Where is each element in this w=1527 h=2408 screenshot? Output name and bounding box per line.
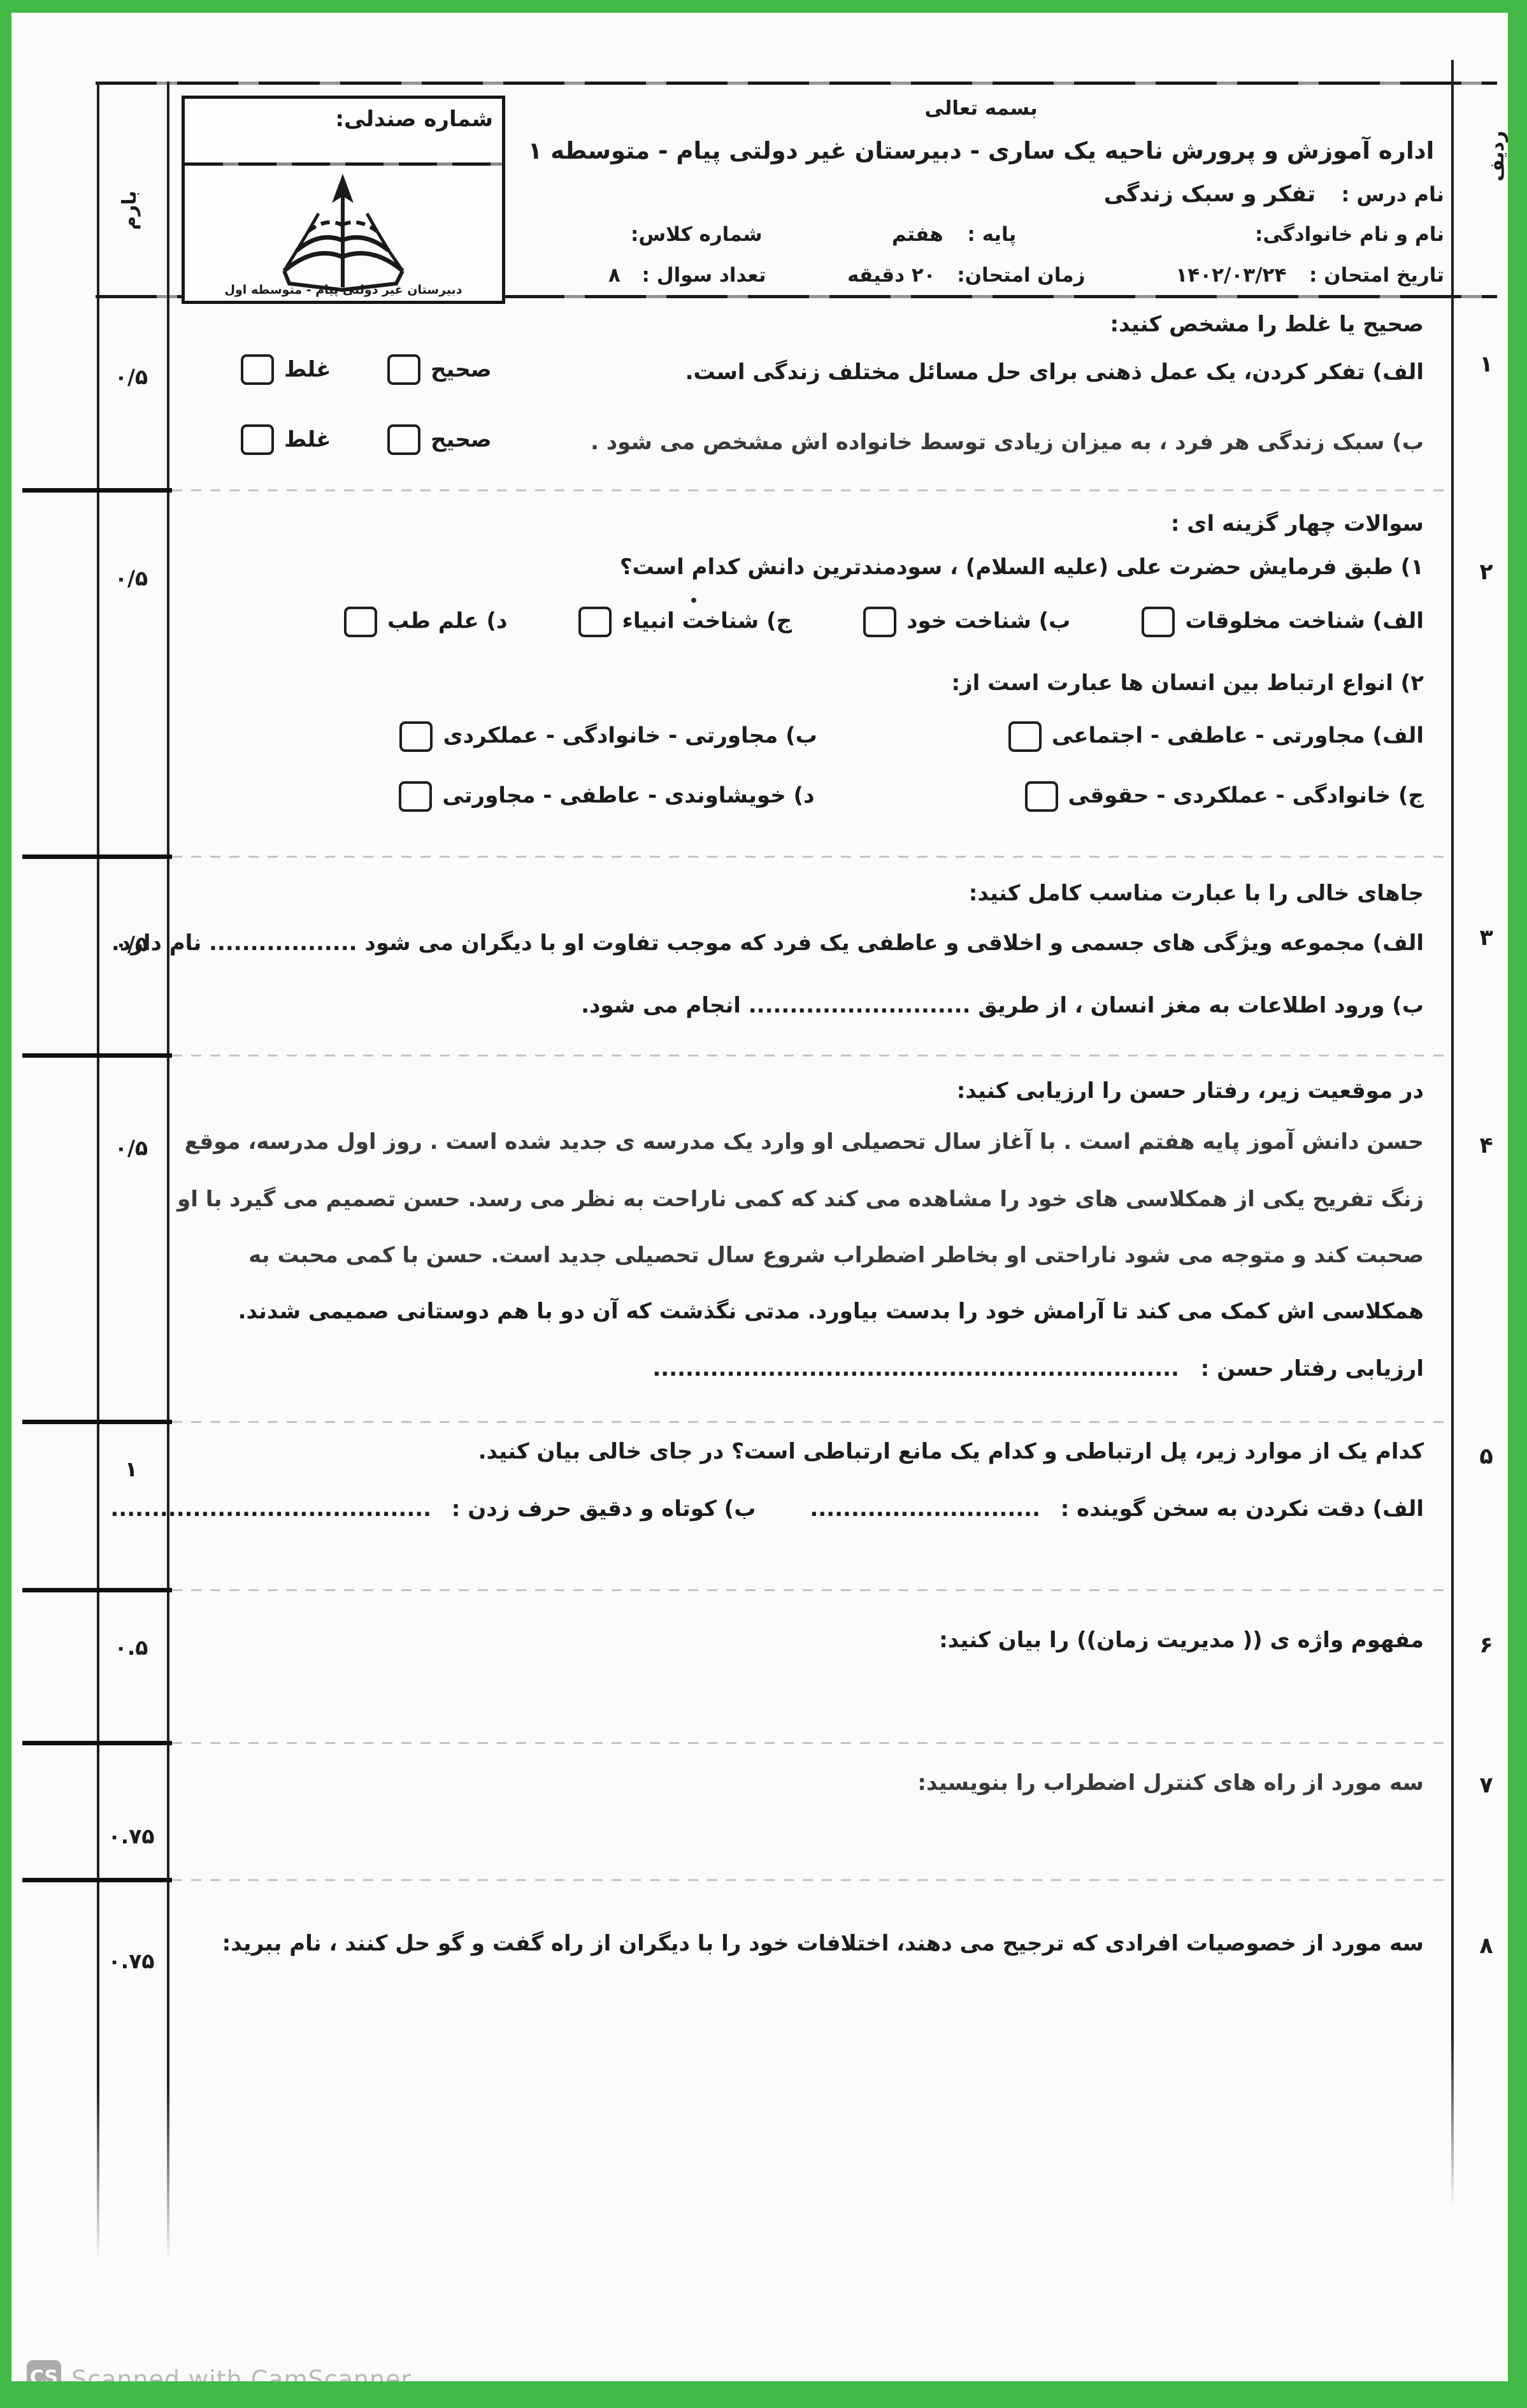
q2-s2-option-d: د) خویشاوندی - عاطفی - مجاورتی [399,781,814,812]
row-divider [172,1879,1452,1881]
course-value: تفکر و سبک زندگی [1104,182,1316,207]
besmellah: بسمه تعالی [510,96,1452,122]
q2-s1-option-a: الف) شناخت مخلوقات [1142,607,1424,637]
q2-s1-d-checkbox[interactable] [344,607,377,637]
course-row: نام درس : تفکر و سبک زندگی [1104,180,1444,210]
q5-heading: کدام یک از موارد زیر، پل ارتباطی و کدام … [478,1438,1424,1467]
q4-paragraph-line1: حسن دانش آموز پایه هفتم است . با آغاز سا… [185,1128,1424,1157]
scan-edge-top [0,0,1527,13]
row-divider [172,1055,1452,1056]
q1-b-false-checkbox[interactable] [241,424,274,455]
false-label: غلط [284,427,331,452]
q2-s2-d-checkbox[interactable] [399,781,432,812]
table-left-border [97,82,99,2261]
q4-score: ۰/۵ [96,1136,167,1160]
row-divider-segment [22,1741,172,1745]
false-label: غلط [284,357,331,382]
q3-heading: جاهای خالی را با عبارت مناسب کامل کنید: [969,879,1424,909]
class-number-label: شماره کلاس: [631,222,763,249]
q2-s1-option-c: ج) شناخت انبیاء [578,607,792,637]
q5-blanks-row: الف) دقت نکردن به سخن گوینده : .........… [110,1496,1424,1522]
q1-b-false-option: غلط [241,424,331,455]
q1-item-b: ب) سبک زندگی هر فرد ، به میزان زیادی توس… [591,428,1424,458]
row-divider-segment [22,854,172,859]
q4-paragraph-line4: همکلاسی اش کمک می کند تا آرامش خود را بد… [238,1297,1424,1327]
q2-sub1: ۱) طبق فرمایش حضرت علی (علیه السلام) ، س… [620,553,1424,582]
q2-s2-c-checkbox[interactable] [1025,781,1058,812]
row-divider [172,489,1452,491]
q2-s1-c-checkbox[interactable] [578,607,612,637]
q1-score: ۰/۵ [96,364,167,389]
student-name-label: نام و نام خانوادگی: [1255,222,1444,249]
q4-eval-line: ارزیابی رفتار حسن : ....................… [652,1355,1424,1384]
grade-field: پایه : هفتم [892,222,1016,249]
score-column-line [167,82,169,2261]
ink-dot [691,598,696,603]
q5-item-a: الف) دقت نکردن به سخن گوینده : .........… [810,1496,1424,1522]
course-label: نام درس : [1341,182,1444,206]
q7-heading: سه مورد از راه های کنترل اضطراب را بنویس… [917,1769,1424,1798]
row-divider-segment [22,488,172,493]
q6-score: ۰.۵ [96,1635,167,1660]
q5-item-b: ب) کوتاه و دقیق حرف زدن : ..............… [110,1496,756,1522]
question-count-label: تعداد سوال : [642,264,766,287]
q5-number: ۵ [1458,1444,1515,1469]
q2-s2-a-checkbox[interactable] [1008,721,1042,752]
exam-duration-field: زمان امتحان: ۲۰ دقیقه [847,263,1085,289]
q1-b-true-option: صحیح [387,424,492,455]
q4-heading: در موقعیت زیر، رفتار حسن را ارزیابی کنید… [957,1077,1424,1106]
seat-box-divider [185,162,502,166]
q3-item-a: الف) مجموعه ویژگی های جسمی و اخلاقی و عا… [111,929,1424,958]
row-divider [172,1742,1452,1744]
row-column-line [1451,60,1454,2207]
logo-caption: دبیرستان غیر دولتی پیام - متوسطه اول [185,283,502,297]
q7-score: ۰.۷۵ [96,1824,167,1849]
q1-item-a: الف) تفکر کردن، یک عمل ذهنی برای حل مسائ… [685,358,1424,387]
q1-b-true-checkbox[interactable] [387,424,420,455]
q5-a-blank: ............................ [810,1496,1040,1522]
row-divider [172,856,1452,858]
q2-sub2-options-row1: الف) مجاورتی - عاطفی - اجتماعی ب) مجاورت… [399,721,1424,752]
q6-heading: مفهوم واژه ی (( مدیریت زمان)) را بیان کن… [939,1626,1424,1655]
q4-paragraph-line2: زنگ تفریح یکی از همکلاسی های خود را مشاه… [177,1185,1424,1215]
seat-number-box: شماره صندلی: دبیرستان غیر دولتی پیام - م… [182,96,505,304]
org-line: اداره آموزش و پرورش ناحیه یک ساری - دبیر… [510,135,1452,167]
q2-number: ۲ [1458,559,1515,585]
row-divider-segment [22,1878,172,1882]
row-divider-segment [22,1588,172,1592]
q1-a-false-option: غلط [241,354,331,385]
exam-duration-label: زمان امتحان: [957,264,1085,287]
q1-a-false-checkbox[interactable] [241,354,274,385]
q1-a-true-option: صحیح [387,354,492,385]
q2-s1-b-checkbox[interactable] [863,607,896,637]
q1-heading: صحیح یا غلط را مشخص کنید: [1110,310,1424,340]
q8-number: ۸ [1458,1933,1515,1959]
grade-label: پایه : [967,223,1016,246]
scan-edge-bottom [0,2381,1527,2408]
score-column-label: بارم [110,178,148,242]
q7-number: ۷ [1458,1773,1515,1798]
exam-date-field: تاریخ امتحان : ۱۴۰۲/۰۳/۲۴ [1175,263,1444,289]
q6-number: ۶ [1458,1633,1515,1658]
q3-number: ۳ [1458,925,1515,951]
exam-duration-value: ۲۰ دقیقه [847,264,936,287]
q2-s1-a-checkbox[interactable] [1142,607,1175,637]
row-column-label-text: ردیف [1486,131,1509,182]
q2-s2-option-b: ب) مجاورتی - خانوادگی - عملکردی [399,721,817,752]
table-top-border [96,82,1497,85]
exam-date-label: تاریخ امتحان : [1309,264,1444,287]
question-count-value: ۸ [608,264,620,287]
grade-value: هفتم [892,223,943,246]
true-label: صحیح [431,427,492,452]
row-divider-segment [22,1053,172,1058]
q5-score: ۱ [96,1457,167,1482]
exam-date-value: ۱۴۰۲/۰۳/۲۴ [1175,264,1286,287]
scan-edge-left [0,0,11,2408]
q2-sub1-options: الف) شناخت مخلوقات ب) شناخت خود ج) شناخت… [344,607,1424,637]
q2-s2-option-c: ج) خانوادگی - عملکردی - حقوقی [1025,781,1424,812]
q4-eval-label: ارزیابی رفتار حسن : [1201,1356,1424,1381]
q2-sub2: ۲) انواع ارتباط بین انسان ها عبارت است ا… [952,669,1424,698]
row-divider [172,1589,1452,1591]
q1-a-true-checkbox[interactable] [387,354,420,385]
question-count-field: تعداد سوال : ۸ [608,263,766,289]
q4-paragraph-line3: صحبت کند و متوجه می شود ناراحتی او بخاطر… [248,1241,1424,1271]
q4-eval-blank: ........................................… [652,1356,1179,1381]
seat-number-label: شماره صندلی: [335,106,493,132]
row-divider [172,1421,1452,1423]
score-column-label-text: بارم [118,191,141,230]
q2-s1-option-d: د) علم طب [344,607,507,637]
row-divider-segment [22,1420,172,1424]
q2-s2-option-a: الف) مجاورتی - عاطفی - اجتماعی [1008,721,1424,752]
scan-edge-right [1508,0,1527,2408]
q2-s1-option-b: ب) شناخت خود [863,607,1070,637]
q5-b-blank: ....................................... [110,1496,431,1522]
q8-heading: سه مورد از خصوصیات افرادی که ترجیح می ده… [222,1929,1424,1959]
q2-sub2-options-row2: ج) خانوادگی - عملکردی - حقوقی د) خویشاون… [399,781,1424,812]
q2-heading: سوالات چهار گزینه ای : [1171,510,1424,539]
q3-item-b: ب) ورود اطلاعات به مغز انسان ، از طریق .… [581,991,1424,1021]
true-label: صحیح [431,357,492,382]
scanned-exam-page: بارم ردیف شماره صندلی: دبیرستان غیر دولت… [0,0,1527,2408]
q1-number: ۱ [1458,352,1515,377]
q4-number: ۴ [1458,1133,1515,1158]
school-logo [264,174,423,294]
q8-score: ۰.۷۵ [96,1949,167,1973]
q2-s2-b-checkbox[interactable] [399,721,433,752]
q2-score: ۰/۵ [96,566,167,591]
